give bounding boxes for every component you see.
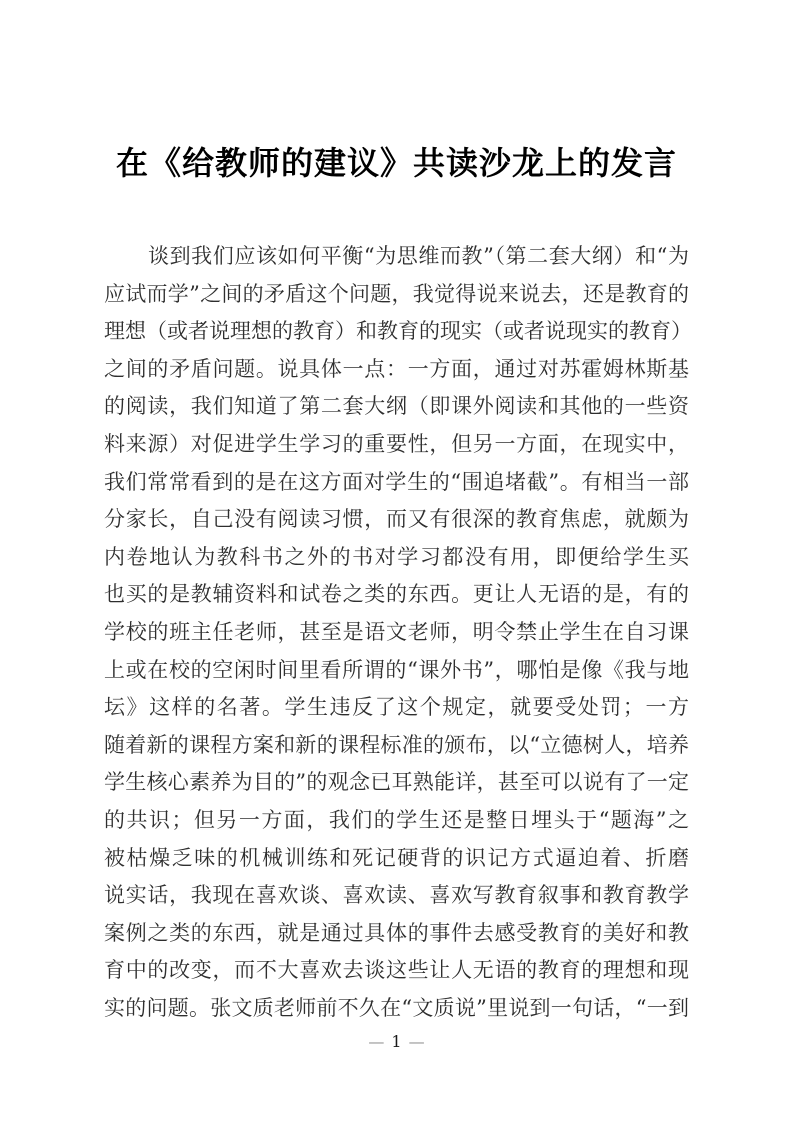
paragraph-line: 之间的矛盾问题。说具体一点：一方面，通过对苏霍姆林斯基 xyxy=(104,351,689,389)
paragraph-line: 料来源）对促进学生学习的重要性，但另一方面，在现实中， xyxy=(104,426,689,464)
paragraph-line: 应试而学”之间的矛盾这个问题，我觉得说来说去，还是教育的 xyxy=(104,276,689,314)
paragraph-line: 分家长，自己没有阅读习惯，而又有很深的教育焦虑，就颇为 xyxy=(104,501,689,539)
page-footer: —1— xyxy=(0,1030,793,1054)
paragraph-line: 实的问题。张文质老师前不久在“文质说”里说到一句话，“一到 xyxy=(104,990,689,1028)
paragraph-line: 坛》这样的名著。学生违反了这个规定，就要受处罚；一方面， xyxy=(104,689,689,727)
paragraph-line: 学生核心素养为目的”的观念已耳熟能详，甚至可以说有了一定 xyxy=(104,764,689,802)
paragraph-line: 学校的班主任老师，甚至是语文老师，明令禁止学生在自习课 xyxy=(104,614,689,652)
footer-left-dash: — xyxy=(368,1032,384,1051)
paragraph-line: 被枯燥乏味的机械训练和死记硬背的识记方式逼迫着、折磨着。 xyxy=(104,840,689,878)
footer-right-dash: — xyxy=(409,1032,425,1051)
document-body: 谈到我们应该如何平衡“为思维而教”（第二套大纲）和“为应试而学”之间的矛盾这个问… xyxy=(104,238,689,1027)
paragraph-line: 我们常常看到的是在这方面对学生的“围追堵截”。有相当一部 xyxy=(104,464,689,502)
paragraph-line: 随着新的课程方案和新的课程标准的颁布，以“立德树人，培养 xyxy=(104,727,689,765)
paragraph-line: 理想（或者说理想的教育）和教育的现实（或者说现实的教育） xyxy=(104,313,689,351)
paragraph-line: 也买的是教辅资料和试卷之类的东西。更让人无语的是，有的 xyxy=(104,576,689,614)
document-page: 在《给教师的建议》共读沙龙上的发言 谈到我们应该如何平衡“为思维而教”（第二套大… xyxy=(0,0,793,1122)
paragraph-line: 内卷地认为教科书之外的书对学习都没有用，即便给学生买书， xyxy=(104,539,689,577)
paragraph-line: 育中的改变，而不大喜欢去谈这些让人无语的教育的理想和现 xyxy=(104,952,689,990)
document-title: 在《给教师的建议》共读沙龙上的发言 xyxy=(0,140,793,186)
paragraph-line: 说实话，我现在喜欢谈、喜欢读、喜欢写教育叙事和教育教学 xyxy=(104,877,689,915)
page-number: 1 xyxy=(391,1032,401,1051)
paragraph-line: 案例之类的东西，就是通过具体的事件去感受教育的美好和教 xyxy=(104,915,689,953)
paragraph-line: 的共识；但另一方面，我们的学生还是整日埋头于“题海”之中， xyxy=(104,802,689,840)
paragraph-line: 的阅读，我们知道了第二套大纲（即课外阅读和其他的一些资 xyxy=(104,388,689,426)
paragraph-line: 上或在校的空闲时间里看所谓的“课外书”，哪怕是像《我与地 xyxy=(104,652,689,690)
paragraph-line: 谈到我们应该如何平衡“为思维而教”（第二套大纲）和“为 xyxy=(104,238,689,276)
